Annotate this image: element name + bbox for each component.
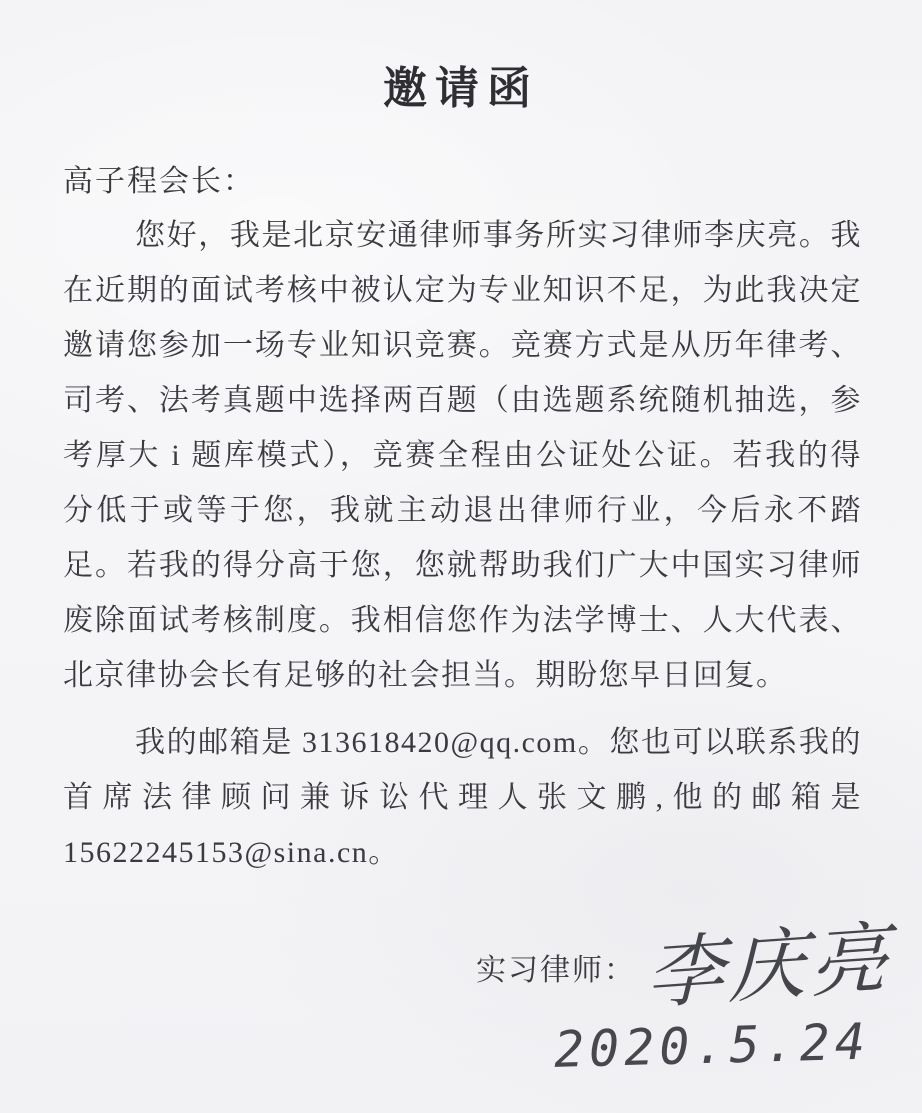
body-paragraph-2: 我的邮箱是 313618420@qq.com。您也可以联系我的首席法律顾问兼诉讼… <box>63 715 862 880</box>
signature-block: 实习律师： 李庆亮 <box>0 928 892 1006</box>
scanned-letter-page: 邀请函 高子程会长： 您好，我是北京安通律师事务所实习律师李庆亮。我在近期的面试… <box>0 0 922 1113</box>
salutation: 高子程会长： <box>63 156 860 200</box>
handwritten-signature: 李庆亮 <box>646 919 891 1014</box>
signature-label: 实习律师： <box>476 945 636 989</box>
body-paragraph-1: 您好，我是北京安通律师事务所实习律师李庆亮。我在近期的面试考核中被认定为专业知识… <box>63 208 862 703</box>
handwritten-date: 2020.5.24 <box>0 1013 871 1094</box>
letter-title: 邀请函 <box>0 0 922 116</box>
